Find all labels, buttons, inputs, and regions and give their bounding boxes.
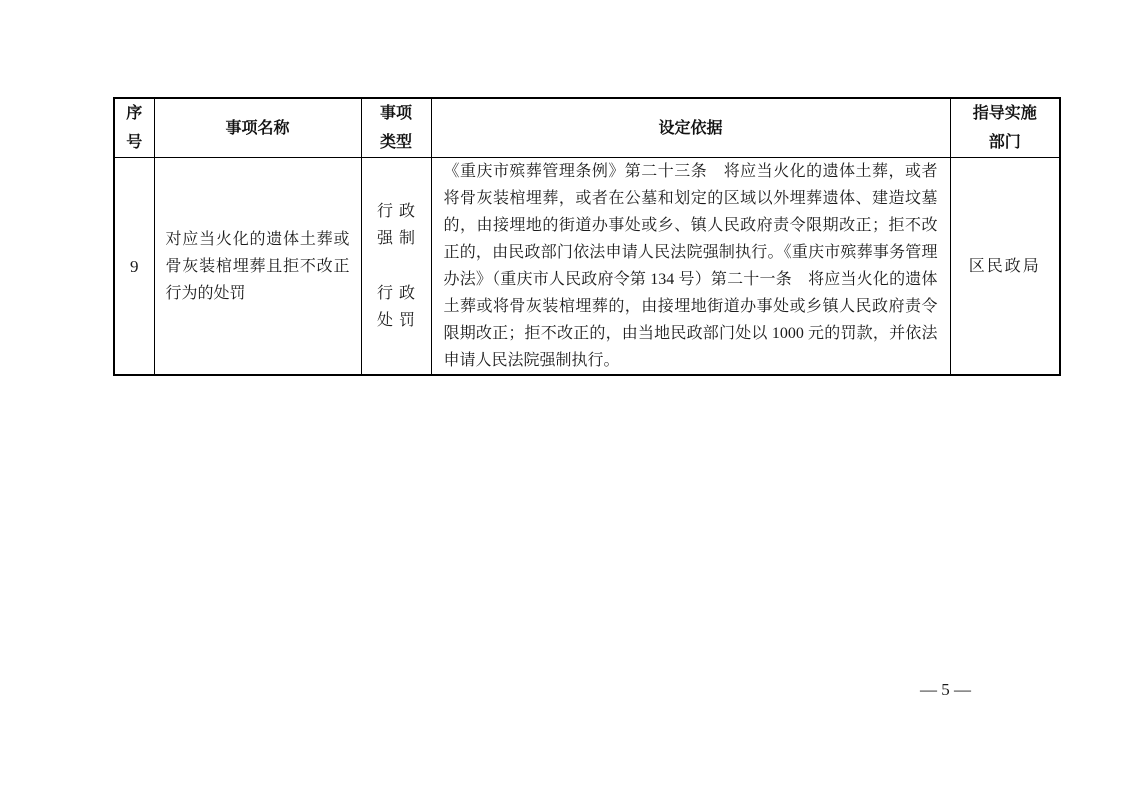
items-table: 序 号 事项名称 事项 类型 设定依据 指导实施 部门 <box>113 97 1061 376</box>
header-label-line: 事项名称 <box>155 114 361 143</box>
page-number: — 5 — <box>873 680 1018 700</box>
header-label-line: 类型 <box>362 128 431 157</box>
header-label-line: 序 <box>115 99 154 128</box>
header-cell-department: 指导实施 部门 <box>950 98 1060 158</box>
item-name-text: 对应当火化的遗体土葬或骨灰装棺埋葬且拒不改正行为的处罚 <box>166 226 350 307</box>
cell-department: 区民政局 <box>950 158 1060 376</box>
header-cell-item-name: 事项名称 <box>154 98 361 158</box>
header-cell-seq: 序 号 <box>114 98 154 158</box>
header-cell-item-type: 事项 类型 <box>361 98 431 158</box>
item-type-line: 处罚 <box>362 307 431 334</box>
header-cell-basis: 设定依据 <box>431 98 950 158</box>
cell-basis: 《重庆市殡葬管理条例》第二十三条 将应当火化的遗体土葬，或者将骨灰装棺埋葬，或者… <box>431 158 950 376</box>
header-label-line: 号 <box>115 128 154 157</box>
document-page: 序 号 事项名称 事项 类型 设定依据 指导实施 部门 <box>0 0 1122 793</box>
item-type-group: 行政 强制 <box>362 198 431 252</box>
header-label-line: 部门 <box>951 128 1060 157</box>
header-label-line: 事项 <box>362 99 431 128</box>
cell-item-name: 对应当火化的遗体土葬或骨灰装棺埋葬且拒不改正行为的处罚 <box>154 158 361 376</box>
item-type-line: 行政 <box>362 280 431 307</box>
header-row: 序 号 事项名称 事项 类型 设定依据 指导实施 部门 <box>114 98 1060 158</box>
basis-text: 《重庆市殡葬管理条例》第二十三条 将应当火化的遗体土葬，或者将骨灰装棺埋葬，或者… <box>444 158 938 374</box>
item-type-line: 强制 <box>362 225 431 252</box>
item-type-line: 行政 <box>362 198 431 225</box>
item-type-group: 行政 处罚 <box>362 280 431 334</box>
header-label-line: 指导实施 <box>951 99 1060 128</box>
header-label-line: 设定依据 <box>432 114 950 143</box>
table-row: 9 对应当火化的遗体土葬或骨灰装棺埋葬且拒不改正行为的处罚 行政 强制 行政 处… <box>114 158 1060 376</box>
cell-item-type: 行政 强制 行政 处罚 <box>361 158 431 376</box>
cell-seq: 9 <box>114 158 154 376</box>
